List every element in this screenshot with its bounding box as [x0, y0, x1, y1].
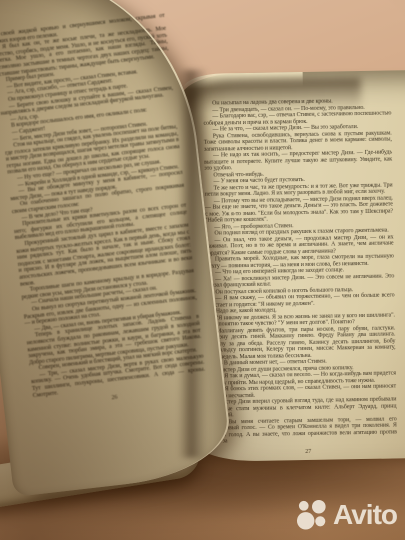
- right-page-number: 27: [187, 446, 405, 456]
- avito-brand-text: Avito: [333, 501, 397, 529]
- right-page-text: Он насыпал на ладонь два соверена и две …: [203, 97, 397, 445]
- avito-watermark: Avito: [296, 498, 397, 531]
- avito-logo-icon: [296, 498, 329, 531]
- left-page-text: своей жидкой кровью и свернувшимся молок…: [0, 13, 206, 400]
- book-paragraph: — Вы меня считаете старым замшелым тори,…: [209, 416, 397, 445]
- book-paragraph: Маллигану девять фунтов, три пары носков…: [207, 325, 396, 361]
- book-left-page: своей жидкой кровью и свернувшимся молок…: [0, 0, 235, 497]
- book-paragraph: — Потому что вы не откладываете, — мисте…: [205, 195, 393, 224]
- photo-scene: Он насыпал на ладонь два соверена и две …: [0, 0, 405, 540]
